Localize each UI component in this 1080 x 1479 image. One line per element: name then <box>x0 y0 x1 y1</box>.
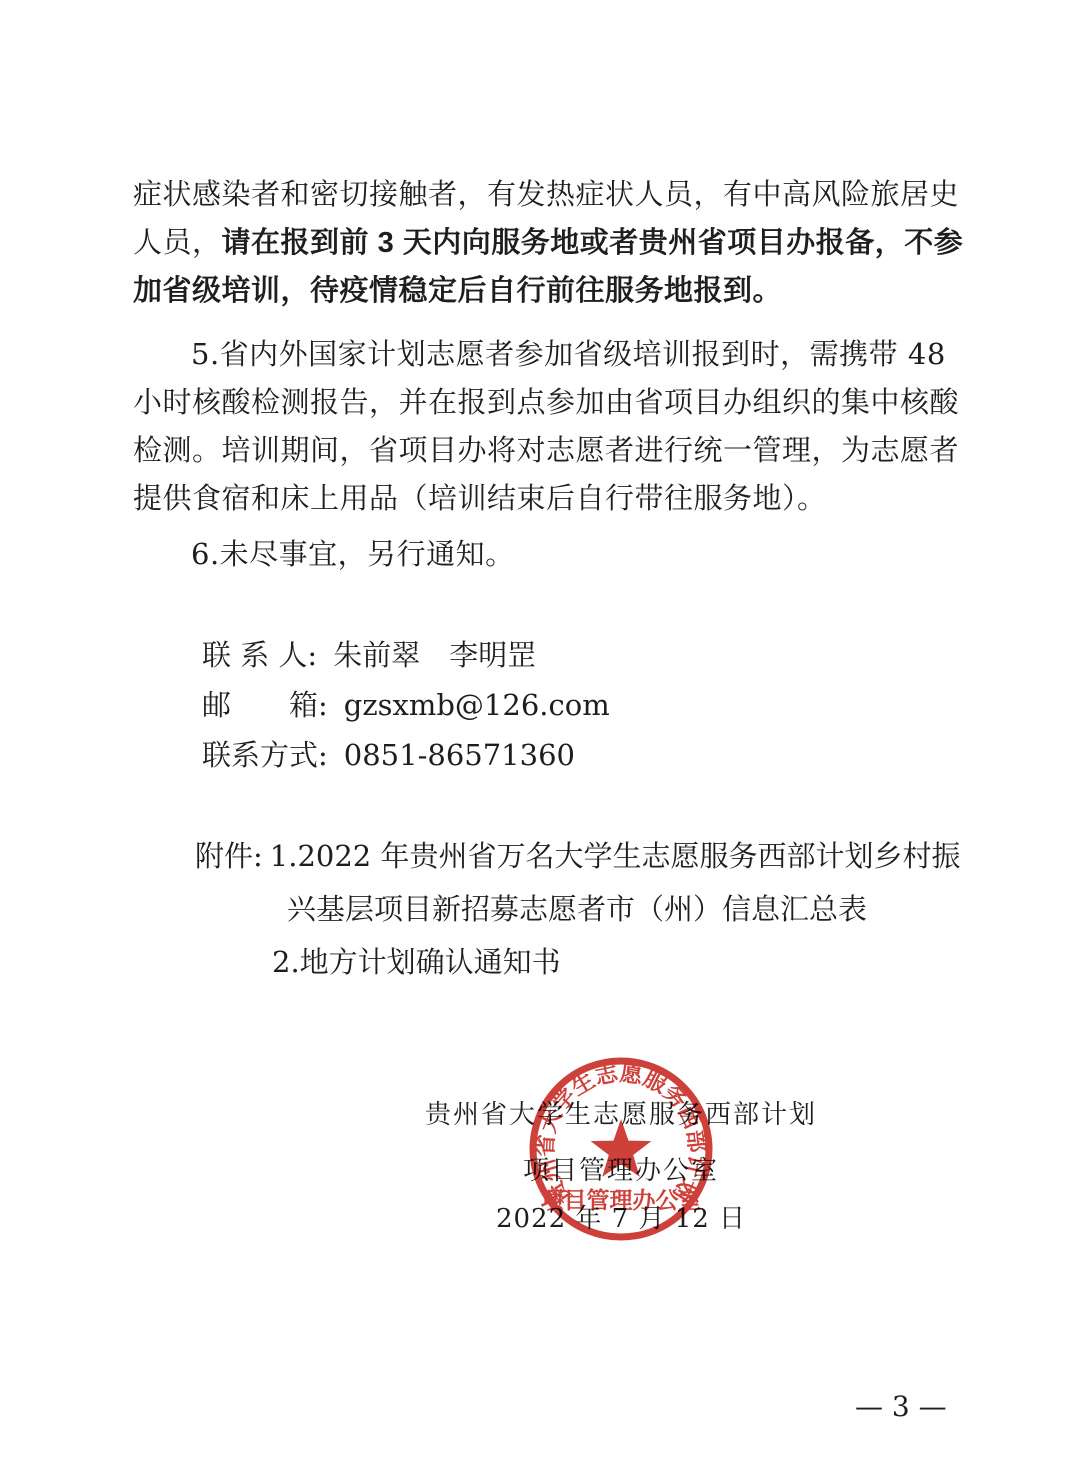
contact-email-value: gzsxmb@126.com <box>344 688 610 722</box>
signature-org-line-2: 项目管理办公室 <box>523 1150 719 1187</box>
contact-block: 联 系 人:朱前翠 李明罡 邮 箱:gzsxmb@126.com 联系方式:08… <box>202 630 610 780</box>
contact-person-row: 联 系 人:朱前翠 李明罡 <box>202 630 610 680</box>
attachment-row: 附件:1.2022 年贵州省万名大学生志愿服务西部计划乡村振 <box>195 830 960 883</box>
contact-email-label: 邮 箱: <box>202 688 328 722</box>
attachments-label: 附件: <box>195 839 263 873</box>
attachment-item-2: 2.地方计划确认通知书 <box>195 936 960 989</box>
signature-date: 2022 年 7 月 12 日 <box>496 1198 746 1235</box>
signature-org-line-1: 贵州省大学生志愿服务西部计划 <box>425 1094 817 1131</box>
body-text-bold: 加省级培训，待疫情稳定后自行前往服务地报到。 <box>133 267 961 315</box>
attachments-block: 附件:1.2022 年贵州省万名大学生志愿服务西部计划乡村振 兴基层项目新招募志… <box>195 830 960 989</box>
contact-phone-value: 0851-86571360 <box>344 738 575 772</box>
body-line: 6.未尽事宜，另行通知。 <box>133 530 961 578</box>
body-line: 小时核酸检测报告，并在报到点参加由省项目办组织的集中核酸 <box>133 378 961 426</box>
contact-email-row: 邮 箱:gzsxmb@126.com <box>202 680 610 730</box>
contact-person-value: 朱前翠 李明罡 <box>333 638 536 672</box>
body-text-bold: 请在报到前 3 天内向服务地或者贵州省项目办报备，不参 <box>222 227 964 259</box>
paragraph-6: 6.未尽事宜，另行通知。 <box>133 530 961 578</box>
contact-person-label: 联 系 人: <box>202 638 317 672</box>
body-line: 人员，请在报到前 3 天内向服务地或者贵州省项目办报备，不参 <box>133 218 961 267</box>
body-line: 症状感染者和密切接触者，有发热症状人员，有中高风险旅居史 <box>133 170 961 218</box>
body-line: 提供食宿和床上用品（培训结束后自行带往服务地）。 <box>133 474 961 522</box>
attachment-item-1-line-2: 兴基层项目新招募志愿者市（州）信息汇总表 <box>195 883 960 936</box>
body-text-regular: 人员， <box>133 225 222 259</box>
body-line: 检测。培训期间，省项目办将对志愿者进行统一管理，为志愿者 <box>133 426 961 474</box>
page-number: — 3 — <box>855 1390 947 1423</box>
paragraph-continued: 症状感染者和密切接触者，有发热症状人员，有中高风险旅居史 人员，请在报到前 3 … <box>133 170 961 315</box>
contact-phone-label: 联系方式: <box>202 738 328 772</box>
contact-phone-row: 联系方式:0851-86571360 <box>202 730 610 780</box>
paragraph-5: 5.省内外国家计划志愿者参加省级培训报到时，需携带 48 小时核酸检测报告，并在… <box>133 330 961 522</box>
body-line: 5.省内外国家计划志愿者参加省级培训报到时，需携带 48 <box>133 330 961 378</box>
attachment-item-1-line-1: 1.2022 年贵州省万名大学生志愿服务西部计划乡村振 <box>270 839 961 873</box>
document-page: 症状感染者和密切接触者，有发热症状人员，有中高风险旅居史 人员，请在报到前 3 … <box>0 0 1080 1479</box>
